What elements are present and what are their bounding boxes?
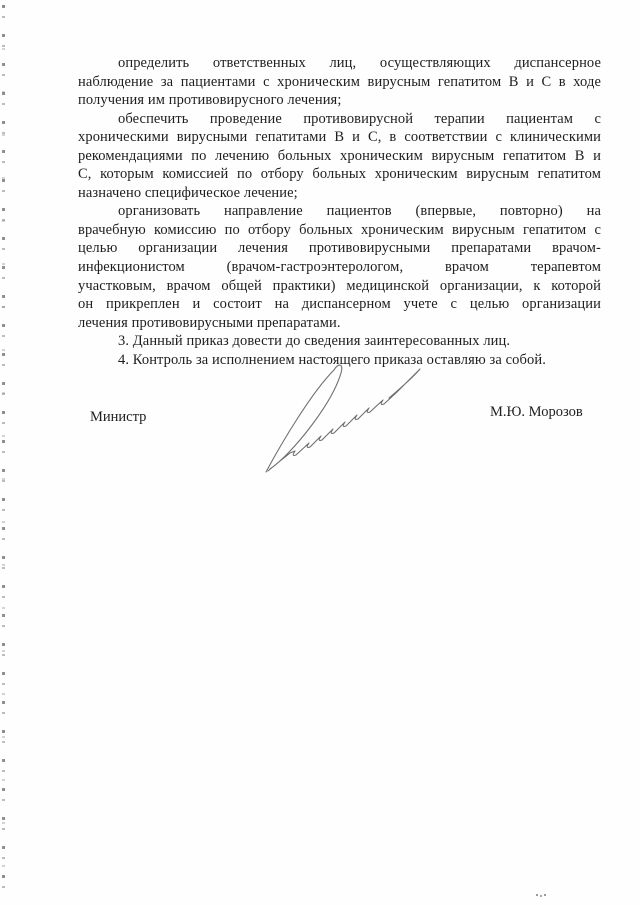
text-line: назначено специфическое лечение; xyxy=(78,184,601,203)
text-line: инфекционистом (врачом-гастроэнтерологом… xyxy=(78,258,601,277)
scanned-order-page: определить ответственных лиц, осуществля… xyxy=(0,0,640,905)
scan-edge-artifact xyxy=(2,5,5,902)
signatory-title: Министр xyxy=(90,409,146,426)
signature-autograph xyxy=(252,356,427,476)
text-line: врачебную комиссию по отбору больных хро… xyxy=(78,221,601,240)
scan-specks-bottom-right xyxy=(536,894,538,896)
signatory-name: М.Ю. Морозов xyxy=(490,404,583,421)
text-line: организовать направление пациентов (впер… xyxy=(78,202,601,221)
text-line: определить ответственных лиц, осуществля… xyxy=(78,54,601,73)
text-line: С, которым комиссией по отбору больных х… xyxy=(78,165,601,184)
text-line: рекомендациями по лечению больных хронич… xyxy=(78,147,601,166)
text-line: лечения противовирусными препаратами. xyxy=(78,314,601,333)
text-line: обеспечить проведение противовирусной те… xyxy=(78,110,601,129)
text-line: получения им противовирусного лечения; xyxy=(78,91,601,110)
order-body-text: определить ответственных лиц, осуществля… xyxy=(78,54,601,369)
text-line: он прикреплен и состоит на диспансерном … xyxy=(78,295,601,314)
text-line: целью организации лечения противовирусны… xyxy=(78,239,601,258)
signature-stroke xyxy=(266,365,420,472)
text-line: наблюдение за пациентами с хроническим в… xyxy=(78,73,601,92)
text-line: 3. Данный приказ довести до сведения заи… xyxy=(78,332,601,351)
text-line: участковым, врачом общей практики) медиц… xyxy=(78,277,601,296)
text-line: хроническими вирусными гепатитами В и С,… xyxy=(78,128,601,147)
